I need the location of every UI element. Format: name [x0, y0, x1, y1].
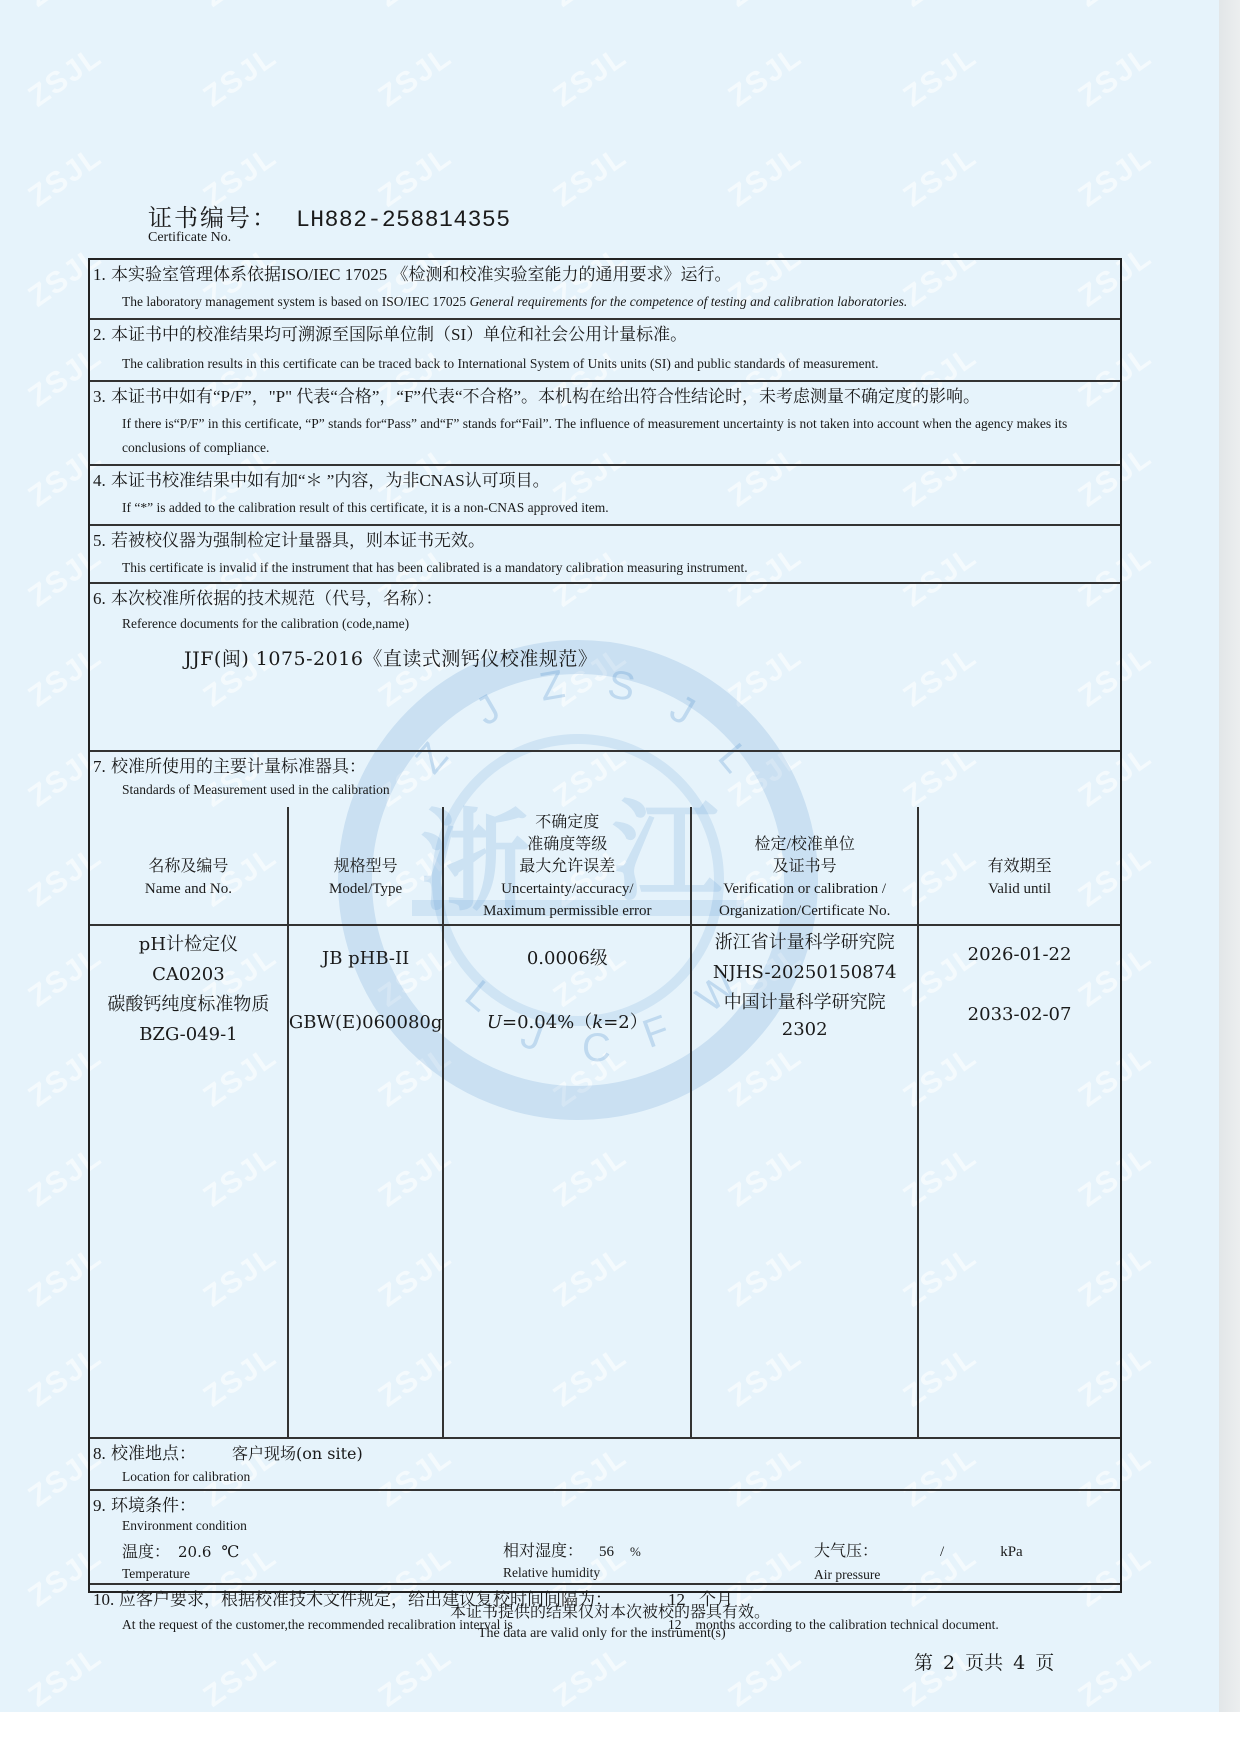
scan-edge	[1219, 0, 1240, 1712]
clause-text-en: The calibration results in this certific…	[93, 354, 1110, 374]
clause-4: 4.本证书校准结果中如有加“＊ ”内容，为非CNAS认可项目。 If “*” i…	[90, 466, 1120, 526]
cell-valid-until: 2026-01-22 2033-02-07	[918, 925, 1120, 1437]
valid-until-date: 2026-01-22	[919, 940, 1120, 970]
cell-accuracy: 0.0006级 U=0.04%（k=2）	[443, 925, 691, 1437]
clause-text-en: If “*” is added to the calibration resul…	[93, 498, 1110, 518]
clause-text-en: This certificate is invalid if the instr…	[93, 558, 1110, 578]
validity-note: 本证书提供的结果仅对本次被校的器具有效。 The data are valid …	[450, 1602, 770, 1644]
temperature-field: 温度：20.6℃ Temperature	[122, 1541, 239, 1584]
clause-2: 2.本证书中的校准结果均可溯源至国际单位制（SI）单位和社会公用计量标准。 Th…	[90, 320, 1120, 382]
validity-note-en: The data are valid only for the instrume…	[450, 1624, 770, 1644]
standard-accuracy: 0.0006级	[444, 944, 690, 974]
col-header-accuracy: 不确定度 准确度等级 最大允许误差 Uncertainty/accuracy/ …	[443, 807, 691, 925]
clause-number: 8.	[93, 1443, 111, 1465]
clause-text-en: Reference documents for the calibration …	[93, 614, 1110, 634]
clause-text-cn: 本证书中如有“P/F”，"P" 代表“合格”，“F”代表“不合格”。本机构在给出…	[111, 387, 980, 406]
calibration-organization: 中国计量科学研究院	[692, 988, 917, 1018]
location-label-cn: 校准地点：	[111, 1444, 196, 1463]
standards-table-body: pH计检定仪 CA0203 碳酸钙纯度标准物质 BZG-049-1 JB pHB…	[90, 925, 1120, 1437]
pressure-unit: kPa	[1000, 1544, 1023, 1560]
certificate-label-cn: 证书编号：	[148, 206, 278, 232]
organization-certificate-no: NJHS-20250150874	[692, 958, 917, 988]
clause-8-location: 8.校准地点：客户现场(on site) Location for calibr…	[90, 1439, 1120, 1491]
pressure-field: 大气压：/kPa Air pressure	[814, 1541, 1023, 1585]
standard-model: JB pHB-II	[289, 944, 443, 974]
standard-uncertainty: U=0.04%（k=2）	[444, 1008, 690, 1038]
clause-number: 4.	[93, 470, 111, 492]
clause-1: 1.本实验室管理体系依据ISO/IEC 17025 《检测和校准实验室能力的通用…	[90, 260, 1120, 320]
clause-number: 2.	[93, 324, 111, 346]
clause-text-cn: 本证书中的校准结果均可溯源至国际单位制（SI）单位和社会公用计量标准。	[111, 325, 687, 344]
clause-number: 10.	[93, 1589, 119, 1611]
clause-9-environment: 9.环境条件： Environment condition 温度：20.6℃ T…	[90, 1491, 1120, 1585]
clause-number: 6.	[93, 588, 111, 610]
reference-document: JJF(闽) 1075-2016《直读式测钙仪校准规范》	[184, 644, 597, 671]
col-header-valid-until: 有效期至 Valid until	[918, 807, 1120, 925]
col-header-organization: 检定/校准单位 及证书号 Verification or calibration…	[691, 807, 918, 925]
temperature-unit: ℃	[221, 1544, 239, 1561]
current-page: 2	[943, 1652, 955, 1674]
clause-number: 7.	[93, 756, 111, 778]
clause-number: 5.	[93, 530, 111, 552]
clause-7: 7.校准所使用的主要计量标准器具： Standards of Measureme…	[90, 752, 1120, 1439]
standards-table-header: 名称及编号 Name and No. 规格型号 Model/Type 不确定度 …	[90, 807, 1120, 925]
standard-number: CA0203	[90, 960, 287, 990]
clause-number: 9.	[93, 1495, 111, 1517]
location-value: 客户现场(on site)	[232, 1444, 363, 1463]
humidity-value: 56	[599, 1544, 614, 1560]
col-header-model: 规格型号 Model/Type	[288, 807, 444, 925]
organization-certificate-no: 2302	[692, 1018, 917, 1042]
clause-text-cn: 校准所使用的主要计量标准器具：	[111, 757, 366, 776]
certificate-frame: 1.本实验室管理体系依据ISO/IEC 17025 《检测和校准实验室能力的通用…	[88, 258, 1122, 1593]
standards-table: 名称及编号 Name and No. 规格型号 Model/Type 不确定度 …	[90, 807, 1120, 1437]
clause-3: 3.本证书中如有“P/F”，"P" 代表“合格”，“F”代表“不合格”。本机构在…	[90, 382, 1120, 466]
clause-number: 3.	[93, 386, 111, 408]
clause-text-en: If there is“P/F” in this certificate, “P…	[93, 412, 1110, 460]
certificate-number: LH882-258814355	[296, 207, 511, 233]
col-header-name: 名称及编号 Name and No.	[90, 807, 288, 925]
humidity-unit: %	[630, 1544, 641, 1559]
clause-text-en: The laboratory management system is base…	[93, 292, 1110, 312]
environment-label-en: Environment condition	[93, 1517, 1110, 1535]
cell-organization: 浙江省计量科学研究院 NJHS-20250150874 中国计量科学研究院 23…	[691, 925, 918, 1437]
calibration-organization: 浙江省计量科学研究院	[692, 928, 917, 958]
temperature-value: 20.6	[178, 1543, 211, 1561]
certificate-label-en: Certificate No.	[148, 230, 231, 246]
clause-text-en: Standards of Measurement used in the cal…	[93, 780, 1110, 800]
humidity-field: 相对湿度：56% Relative humidity	[503, 1541, 641, 1583]
standard-name: pH计检定仪	[90, 930, 287, 960]
clause-text-cn: 若被校仪器为强制检定计量器具，则本证书无效。	[111, 531, 485, 550]
clause-text-cn: 本实验室管理体系依据ISO/IEC 17025 《检测和校准实验室能力的通用要求…	[111, 265, 732, 284]
environment-label-cn: 环境条件：	[111, 1496, 196, 1515]
clause-text-cn: 本证书校准结果中如有加“＊ ”内容，为非CNAS认可项目。	[111, 471, 550, 490]
clause-number: 1.	[93, 264, 111, 286]
standard-name: 碳酸钙纯度标准物质	[90, 990, 287, 1020]
validity-note-cn: 本证书提供的结果仅对本次被校的器具有效。	[450, 1602, 770, 1624]
total-pages: 4	[1013, 1652, 1025, 1674]
location-label-en: Location for calibration	[93, 1467, 1110, 1487]
cell-name-and-no: pH计检定仪 CA0203 碳酸钙纯度标准物质 BZG-049-1	[90, 925, 288, 1437]
page-number: 第2页共4页	[914, 1648, 1064, 1675]
valid-until-date: 2033-02-07	[919, 1000, 1120, 1030]
clause-text-cn: 本次校准所依据的技术规范（代号，名称）：	[111, 589, 443, 608]
standard-number: BZG-049-1	[90, 1020, 287, 1050]
standard-model: GBW(E)060080g	[289, 1008, 443, 1038]
clause-5: 5.若被校仪器为强制检定计量器具，则本证书无效。 This certificat…	[90, 526, 1120, 584]
certificate-number-line: 证书编号：LH882-258814355	[148, 198, 511, 233]
clause-6: 6.本次校准所依据的技术规范（代号，名称）： Reference documen…	[90, 584, 1120, 752]
cell-model: JB pHB-II GBW(E)060080g	[288, 925, 444, 1437]
pressure-value: /	[940, 1544, 944, 1560]
